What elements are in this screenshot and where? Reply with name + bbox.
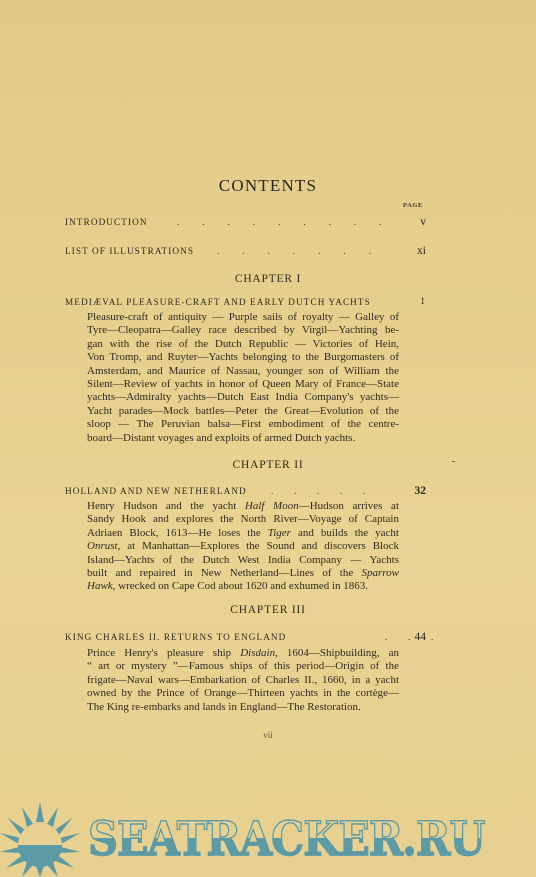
toc-entry-page: xi bbox=[417, 245, 426, 257]
summary-line: Hawk, wrecked on Cape Cod about 1620 and… bbox=[87, 580, 399, 593]
summary-line: Prince Henry's pleasure ship Disdain, 16… bbox=[87, 647, 399, 660]
summary-line: Yacht parades—Mock battles—Peter the Gre… bbox=[87, 405, 399, 418]
summary-line: “ art or mystery ”—Famous ships of this … bbox=[87, 660, 399, 673]
summary-line: frigate—Naval wars—Embarkation of Charle… bbox=[87, 674, 399, 687]
summary-line: owned by the Prince of Orange—Thirteen y… bbox=[87, 687, 399, 700]
summary-line: Pleasure-craft of antiquity — Purple sai… bbox=[87, 311, 399, 324]
toc-entry-label: MEDIÆVAL PLEASURE-CRAFT AND EARLY DUTCH … bbox=[65, 297, 371, 307]
toc-entry-list-of-illustrations[interactable]: LIST OF ILLUSTRATIONS . . . . . . . xi bbox=[65, 246, 426, 260]
summary-line: Silent—Review of yachts in honor of Quee… bbox=[87, 378, 399, 391]
watermark: SEATRACKER.RU bbox=[0, 800, 536, 877]
toc-entry-page: 44 bbox=[415, 631, 427, 643]
ship-name: Half Moon bbox=[245, 500, 299, 512]
toc-entry-label: HOLLAND AND NEW NETHERLAND bbox=[65, 486, 247, 496]
summary-line: gan with the rise of the Dutch Republic … bbox=[87, 338, 399, 351]
toc-entry-page: 32 bbox=[415, 485, 427, 497]
summary-line: The King re-embarks and lands in England… bbox=[87, 701, 399, 714]
toc-entry-page: v bbox=[420, 216, 426, 228]
ship-name: Disdain bbox=[240, 647, 275, 659]
watermark-text: SEATRACKER.RU bbox=[88, 815, 485, 865]
summary-line: sloop — The Peruvian balsa—First embodim… bbox=[87, 418, 399, 431]
summary-line: Amsterdam, and Maurice of Nassau, younge… bbox=[87, 365, 399, 378]
toc-entry-chapter-3[interactable]: KING CHARLES II. RETURNS TO ENGLAND . . … bbox=[65, 632, 426, 646]
summary-line: Henry Hudson and the yacht Half Moon—Hud… bbox=[87, 500, 399, 513]
toc-entry-introduction[interactable]: INTRODUCTION . . . . . . . . . v bbox=[65, 217, 426, 231]
summary-line: Island—Yachts of the Dutch West India Co… bbox=[87, 554, 399, 567]
summary-line: yachts—Admiralty yachts—Dutch East India… bbox=[87, 391, 399, 404]
sun-over-sea-icon bbox=[0, 800, 84, 877]
chapter-3-heading: CHAPTER III bbox=[0, 604, 536, 616]
leader-dots: . . . . . . . . . bbox=[177, 217, 381, 227]
page-column-label: PAGE bbox=[403, 202, 423, 209]
book-page: CONTENTS PAGE INTRODUCTION . . . . . . .… bbox=[0, 0, 536, 877]
chapter-2-summary: Henry Hudson and the yacht Half Moon—Hud… bbox=[87, 500, 399, 594]
leader-dots: . . . . . bbox=[271, 486, 365, 496]
toc-entry-chapter-2[interactable]: HOLLAND AND NEW NETHERLAND . . . . . 32 bbox=[65, 486, 426, 500]
ship-name: Sparrow bbox=[362, 567, 400, 579]
chapter-3-summary: Prince Henry's pleasure ship Disdain, 16… bbox=[87, 647, 399, 714]
toc-entry-label: LIST OF ILLUSTRATIONS bbox=[65, 246, 194, 256]
leader-dots: . . . . . . . bbox=[217, 246, 371, 256]
toc-entry-page: 1 bbox=[420, 297, 425, 307]
ship-name: Hawk bbox=[87, 580, 113, 592]
chapter-1-summary: Pleasure-craft of antiquity — Purple sai… bbox=[87, 311, 399, 445]
chapter-1-heading: CHAPTER I bbox=[0, 273, 536, 285]
summary-line: Onrust, at Manhattan—Explores the Sound … bbox=[87, 540, 399, 553]
page-number: vii bbox=[0, 730, 536, 740]
ship-name: Tiger bbox=[268, 527, 291, 539]
toc-entry-label: KING CHARLES II. RETURNS TO ENGLAND bbox=[65, 632, 286, 642]
page-title: CONTENTS bbox=[0, 176, 536, 196]
summary-line: Tyre—Cleopatra—Galley race described by … bbox=[87, 324, 399, 337]
summary-line: built and repaired in New Netherland—Lin… bbox=[87, 567, 399, 580]
summary-line: board—Distant voyages and exploits of ar… bbox=[87, 432, 399, 445]
toc-entry-label: INTRODUCTION bbox=[65, 217, 148, 227]
ship-name: Onrust bbox=[87, 540, 118, 552]
toc-entry-chapter-1[interactable]: MEDIÆVAL PLEASURE-CRAFT AND EARLY DUTCH … bbox=[65, 297, 426, 311]
chapter-2-heading: CHAPTER II bbox=[0, 459, 536, 471]
summary-line: Adriaen Block, 1613—He loses the Tiger a… bbox=[87, 527, 399, 540]
summary-line: Von Tromp, and Ruyter—Yachts belonging t… bbox=[87, 351, 399, 364]
summary-line: Sandy Hook and explores the North River—… bbox=[87, 513, 399, 526]
